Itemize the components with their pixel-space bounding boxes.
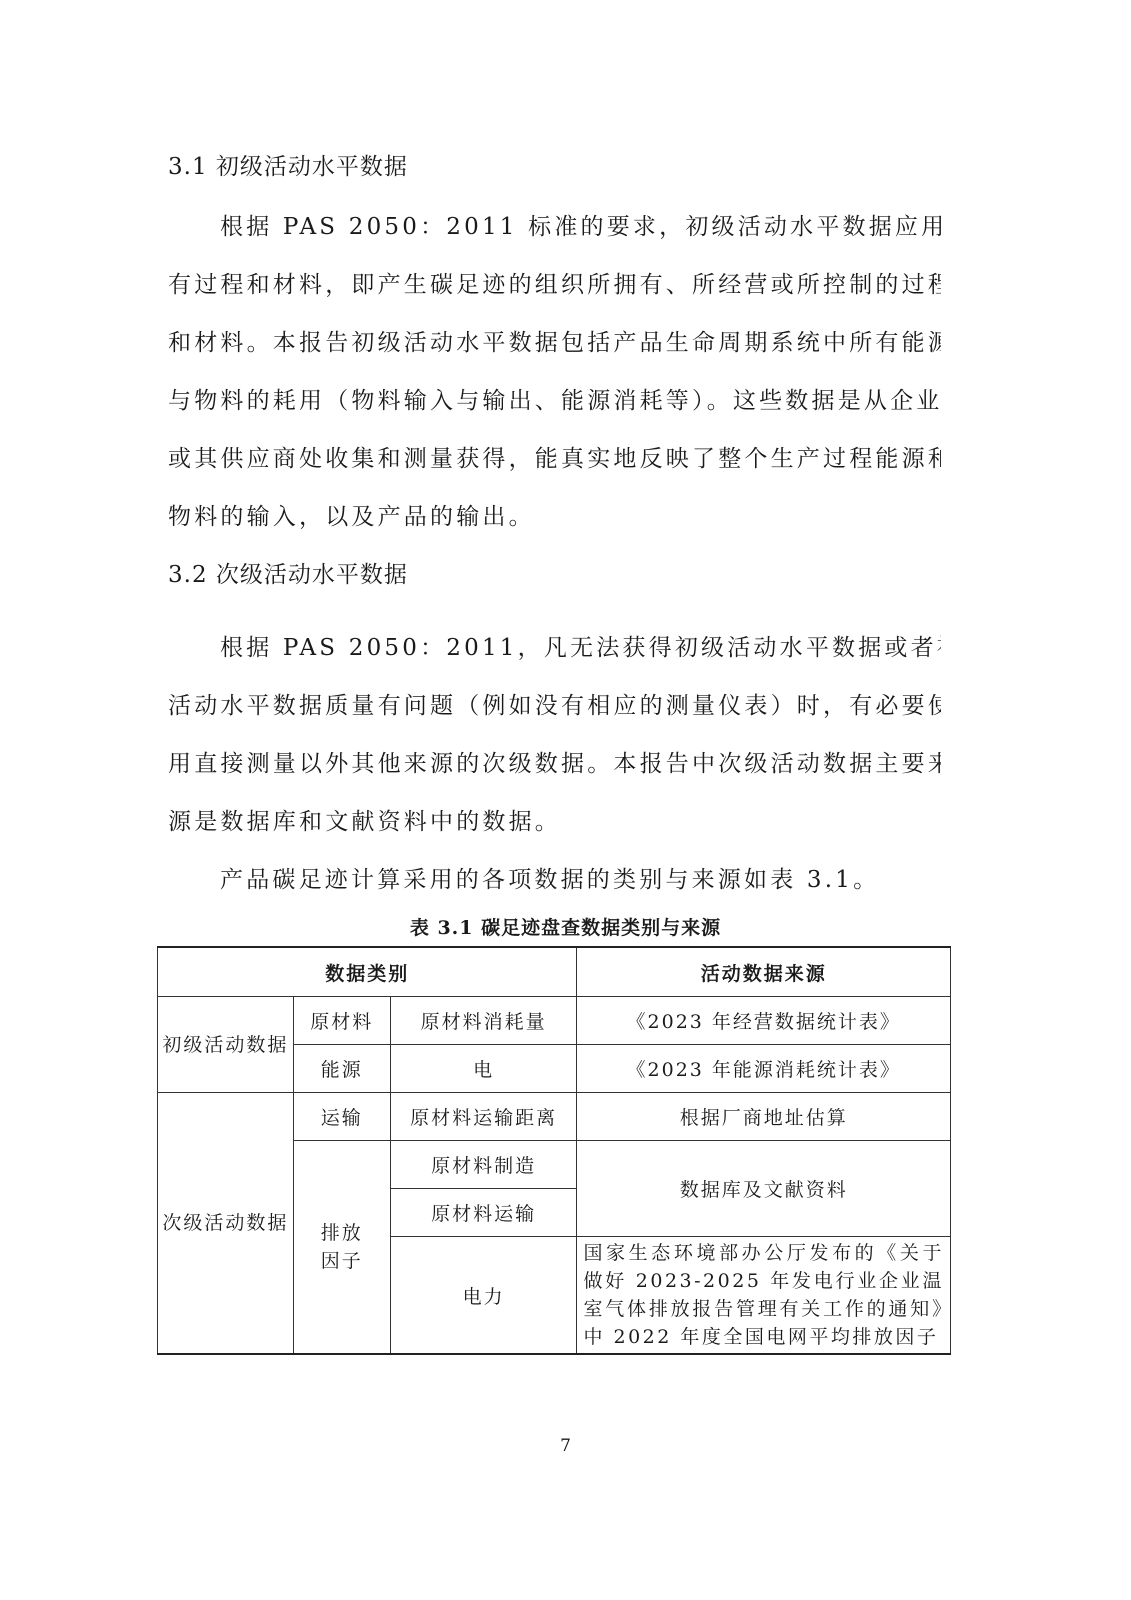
table-intro-line: 产品碳足迹计算采用的各项数据的类别与来源如表 3.1。 <box>220 861 941 894</box>
paragraph-line: 和材料。本报告初级活动水平数据包括产品生命周期系统中所有能源 <box>168 324 941 357</box>
source-cell: 《2023 年经营数据统计表》 <box>577 997 951 1045</box>
section-heading-3-1: 3.1 初级活动水平数据 <box>168 148 408 181</box>
type-cell: 原材料 <box>293 997 390 1045</box>
item-cell: 电力 <box>390 1237 577 1355</box>
paragraph-line: 物料的输入，以及产品的输出。 <box>168 498 941 531</box>
electric-source-cell: 国家生态环境部办公厅发布的《关于做好 2023-2025 年发电行业企业温室气体… <box>577 1237 951 1355</box>
paragraph-line: 源是数据库和文献资料中的数据。 <box>168 803 941 836</box>
page-number: 7 <box>0 1436 1131 1456</box>
paragraph-line: 用直接测量以外其他来源的次级数据。本报告中次级活动数据主要来 <box>168 745 941 778</box>
secondary-category-cell: 次级活动数据 <box>158 1093 294 1355</box>
source-cell: 《2023 年能源消耗统计表》 <box>577 1045 951 1093</box>
paragraph-line: 有过程和材料，即产生碳足迹的组织所拥有、所经营或所控制的过程 <box>168 266 941 299</box>
paragraph-line: 根据 PAS 2050：2011 标准的要求，初级活动水平数据应用于所 <box>220 208 941 241</box>
header-data-category: 数据类别 <box>158 947 577 997</box>
document-page: 3.1 初级活动水平数据 根据 PAS 2050：2011 标准的要求，初级活动… <box>0 0 1131 1600</box>
source-cell: 根据厂商地址估算 <box>577 1093 951 1141</box>
item-cell: 原材料运输 <box>390 1189 577 1237</box>
table-header-row: 数据类别 活动数据来源 <box>158 947 951 997</box>
table-caption: 表 3.1 碳足迹盘查数据类别与来源 <box>0 913 1131 940</box>
item-cell: 原材料运输距离 <box>390 1093 577 1141</box>
data-source-table: 数据类别 活动数据来源 初级活动数据 原材料 原材料消耗量 《2023 年经营数… <box>157 946 951 1355</box>
primary-category-cell: 初级活动数据 <box>158 997 294 1093</box>
header-activity-source: 活动数据来源 <box>577 947 951 997</box>
paragraph-line: 根据 PAS 2050：2011，凡无法获得初级活动水平数据或者初级 <box>220 629 941 662</box>
item-cell: 原材料消耗量 <box>390 997 577 1045</box>
paragraph-line: 或其供应商处收集和测量获得，能真实地反映了整个生产过程能源和 <box>168 440 941 473</box>
source-cell: 数据库及文献资料 <box>577 1141 951 1237</box>
paragraph-line: 活动水平数据质量有问题（例如没有相应的测量仪表）时，有必要使 <box>168 687 941 720</box>
type-cell: 运输 <box>293 1093 390 1141</box>
table-row: 次级活动数据 运输 原材料运输距离 根据厂商地址估算 <box>158 1093 951 1141</box>
table-row: 初级活动数据 原材料 原材料消耗量 《2023 年经营数据统计表》 <box>158 997 951 1045</box>
paragraph-line: 与物料的耗用（物料输入与输出、能源消耗等）。这些数据是从企业 <box>168 382 941 415</box>
type-cell: 能源 <box>293 1045 390 1093</box>
emission-factor-type-cell: 排放因子 <box>293 1141 390 1355</box>
item-cell: 电 <box>390 1045 577 1093</box>
item-cell: 原材料制造 <box>390 1141 577 1189</box>
section-heading-3-2: 3.2 次级活动水平数据 <box>168 556 408 589</box>
